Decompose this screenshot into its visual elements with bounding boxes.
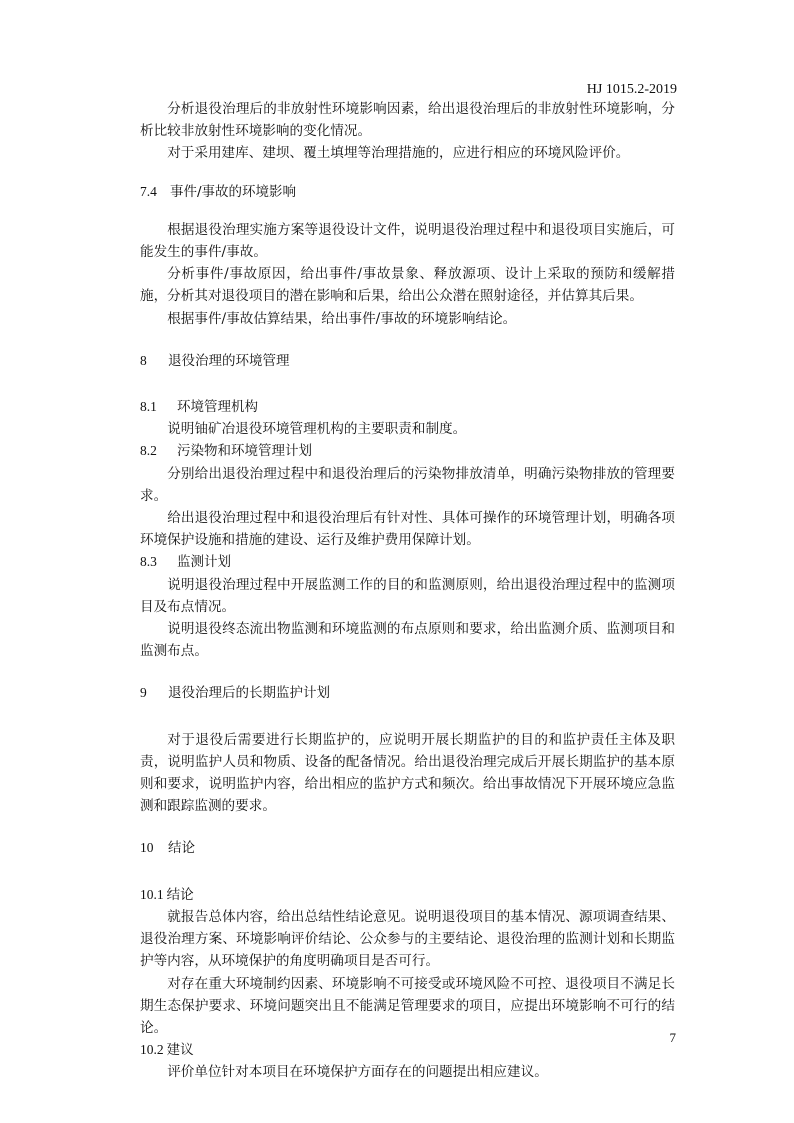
section-number: 9 bbox=[140, 682, 168, 704]
section-title: 建议 bbox=[167, 1042, 194, 1058]
paragraph: 根据退役治理实施方案等退役设计文件，说明退役治理过程中和退役项目实施后，可能发生… bbox=[140, 219, 675, 263]
section-number: 7.4 bbox=[140, 181, 170, 203]
paragraph: 就报告总体内容，给出总结性结论意见。说明退役项目的基本情况、源项调查结果、退役治… bbox=[140, 906, 675, 973]
section-number: 8.2 bbox=[140, 440, 177, 462]
section-number: 8 bbox=[140, 350, 168, 372]
paragraph: 分别给出退役治理过程中和退役治理后的污染物排放清单，明确污染物排放的管理要求。 bbox=[140, 463, 675, 507]
section-heading-8: 8退役治理的环境管理 bbox=[140, 350, 675, 372]
section-title: 结论 bbox=[167, 887, 194, 903]
paragraph: 对于退役后需要进行长期监护的，应说明开展长期监护的目的和监护责任主体及职责，说明… bbox=[140, 729, 675, 818]
paragraph: 说明铀矿冶退役环境管理机构的主要职责和制度。 bbox=[140, 418, 675, 440]
section-heading-8-3: 8.3监测计划 bbox=[140, 551, 675, 573]
section-number: 10 bbox=[140, 837, 168, 859]
paragraph: 对存在重大环境制约因素、环境影响不可接受或环境风险不可控、退役项目不满足长期生态… bbox=[140, 973, 675, 1040]
section-title: 环境管理机构 bbox=[177, 399, 258, 415]
paragraph: 根据事件/事故估算结果，给出事件/事故的环境影响结论。 bbox=[140, 308, 675, 330]
section-heading-8-1: 8.1环境管理机构 bbox=[140, 396, 675, 418]
paragraph: 说明退役治理过程中开展监测工作的目的和监测原则，给出退役治理过程中的监测项目及布… bbox=[140, 574, 675, 618]
section-number: 8.3 bbox=[140, 551, 177, 573]
section-title: 事件/事故的环境影响 bbox=[170, 184, 296, 200]
section-heading-10-2: 10.2建议 bbox=[140, 1039, 675, 1061]
section-number: 10.1 bbox=[140, 884, 164, 906]
section-heading-9: 9退役治理后的长期监护计划 bbox=[140, 682, 675, 704]
section-title: 退役治理后的长期监护计划 bbox=[168, 685, 330, 701]
section-title: 监测计划 bbox=[177, 554, 231, 570]
standard-code: HJ 1015.2-2019 bbox=[587, 82, 677, 98]
paragraph: 分析事件/事故原因，给出事件/事故景象、释放源项、设计上采取的预防和缓解措施，分… bbox=[140, 263, 675, 307]
page-body: 分析退役治理后的非放射性环境影响因素，给出退役治理后的非放射性环境影响，分析比较… bbox=[140, 98, 675, 1084]
paragraph: 给出退役治理过程中和退役治理后有针对性、具体可操作的环境管理计划，明确各项环境保… bbox=[140, 507, 675, 551]
section-heading-7-4: 7.4事件/事故的环境影响 bbox=[140, 181, 675, 203]
paragraph: 说明退役终态流出物监测和环境监测的布点原则和要求，给出监测介质、监测项目和监测布… bbox=[140, 618, 675, 662]
section-heading-10-1: 10.1结论 bbox=[140, 884, 675, 906]
section-number: 10.2 bbox=[140, 1039, 164, 1061]
paragraph: 分析退役治理后的非放射性环境影响因素，给出退役治理后的非放射性环境影响，分析比较… bbox=[140, 98, 675, 142]
page-number: 7 bbox=[670, 1030, 677, 1046]
section-heading-8-2: 8.2污染物和环境管理计划 bbox=[140, 440, 675, 462]
section-number: 8.1 bbox=[140, 396, 177, 418]
paragraph: 对于采用建库、建坝、覆土填埋等治理措施的，应进行相应的环境风险评价。 bbox=[140, 142, 675, 164]
section-heading-10: 10结论 bbox=[140, 837, 675, 859]
paragraph: 评价单位针对本项目在环境保护方面存在的问题提出相应建议。 bbox=[140, 1061, 675, 1083]
section-title: 退役治理的环境管理 bbox=[168, 353, 290, 369]
section-title: 结论 bbox=[168, 840, 195, 856]
section-title: 污染物和环境管理计划 bbox=[177, 443, 312, 459]
